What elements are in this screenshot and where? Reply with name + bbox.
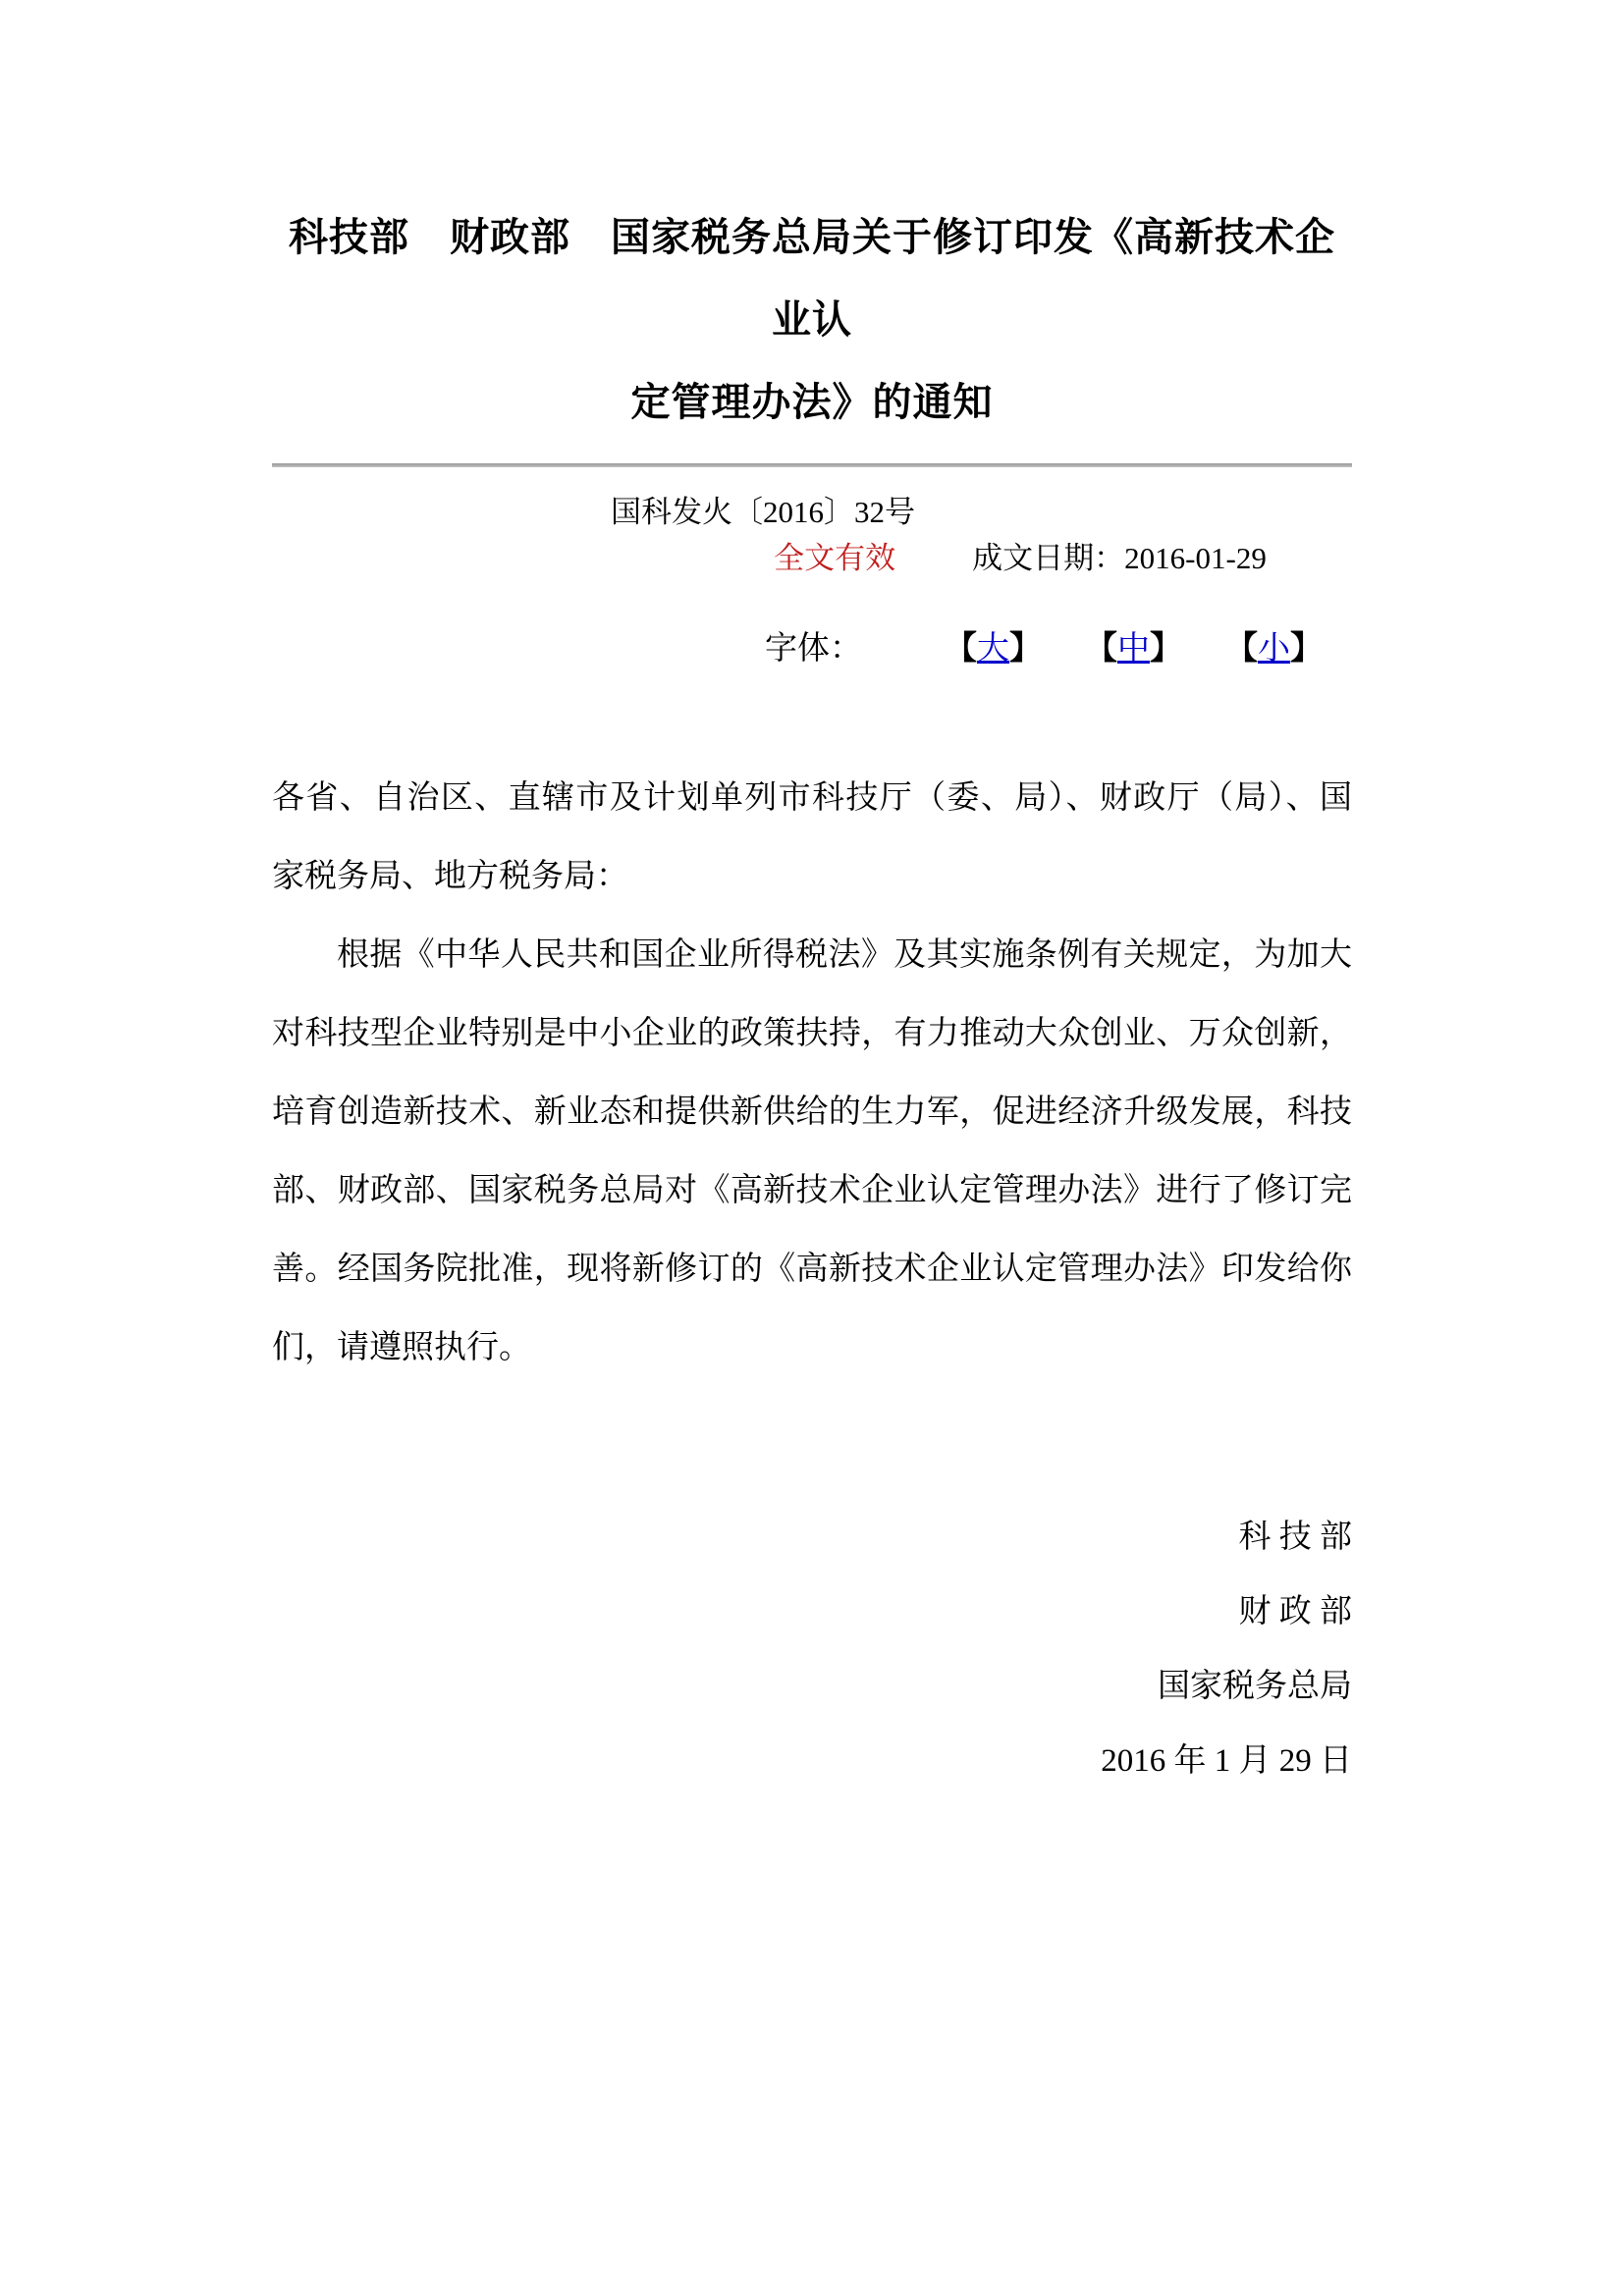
bracket-open-icon: 【 [945, 629, 977, 666]
doc-number: 国科发火〔2016〕32号 [223, 489, 1303, 535]
status-badge: 全文有效 [774, 535, 895, 581]
signature-block: 科 技 部 财 政 部 国家税务总局 2016 年 1 月 29 日 [272, 1500, 1352, 1798]
font-size-large-link[interactable]: 大 [977, 631, 1009, 667]
doc-meta-row: 全文有效 成文日期：2016-01-29 [480, 535, 1560, 581]
font-size-selector: 字体： 【大】 【中】 【小】 [272, 624, 1352, 672]
salutation-line: 各省、自治区、直辖市及计划单列市科技厅（委、局）、财政厅（局）、国 [272, 759, 1352, 837]
signature-date: 2016 年 1 月 29 日 [272, 1724, 1352, 1798]
page-title-line-2: 定管理办法》的通知 [272, 361, 1352, 444]
signature-agency: 财 政 部 [272, 1575, 1352, 1649]
bracket-open-icon: 【 [1225, 629, 1258, 666]
bracket-close-icon: 】 [1009, 629, 1042, 666]
font-size-option-large[interactable]: 【大】 [945, 624, 1042, 672]
paragraph-line: 部、财政部、国家税务总局对《高新技术企业认定管理办法》进行了修订完 [272, 1151, 1352, 1230]
document-content: 科技部 财政部 国家税务总局关于修订印发《高新技术企业认 定管理办法》的通知 国… [272, 196, 1352, 1798]
page-title: 科技部 财政部 国家税务总局关于修订印发《高新技术企业认 定管理办法》的通知 [272, 196, 1352, 444]
font-size-label: 字体： [765, 626, 862, 672]
paragraph-line: 培育创造新技术、新业态和提供新供给的生力军，促进经济升级发展，科技 [272, 1073, 1352, 1151]
paragraph-line: 善。经国务院批准，现将新修订的《高新技术企业认定管理办法》印发给你 [272, 1230, 1352, 1308]
document-body: 各省、自治区、直辖市及计划单列市科技厅（委、局）、财政厅（局）、国 家税务局、地… [272, 759, 1352, 1387]
title-divider [272, 463, 1352, 467]
date-label: 成文日期： [972, 541, 1124, 575]
signature-agency: 国家税务总局 [272, 1649, 1352, 1724]
bracket-open-icon: 【 [1085, 629, 1117, 666]
paragraph-line: 根据《中华人民共和国企业所得税法》及其实施条例有关规定，为加大 [272, 916, 1352, 994]
bracket-close-icon: 】 [1150, 629, 1182, 666]
font-size-option-medium[interactable]: 【中】 [1085, 624, 1182, 672]
page-title-line-1: 科技部 财政部 国家税务总局关于修订印发《高新技术企业认 [272, 196, 1352, 361]
bracket-close-icon: 】 [1290, 629, 1323, 666]
date-field: 成文日期：2016-01-29 [972, 535, 1267, 581]
date-value: 2016-01-29 [1124, 541, 1267, 575]
paragraph-line: 对科技型企业特别是中小企业的政策扶持，有力推动大众创业、万众创新， [272, 994, 1352, 1073]
font-size-medium-link[interactable]: 中 [1117, 631, 1150, 667]
document-page: 科技部 财政部 国家税务总局关于修订印发《高新技术企业认 定管理办法》的通知 国… [0, 0, 1624, 2296]
signature-agency: 科 技 部 [272, 1500, 1352, 1575]
font-size-option-small[interactable]: 【小】 [1225, 624, 1323, 672]
salutation-line: 家税务局、地方税务局： [272, 837, 1352, 916]
paragraph-line: 们，请遵照执行。 [272, 1308, 1352, 1387]
font-size-small-link[interactable]: 小 [1258, 631, 1290, 667]
